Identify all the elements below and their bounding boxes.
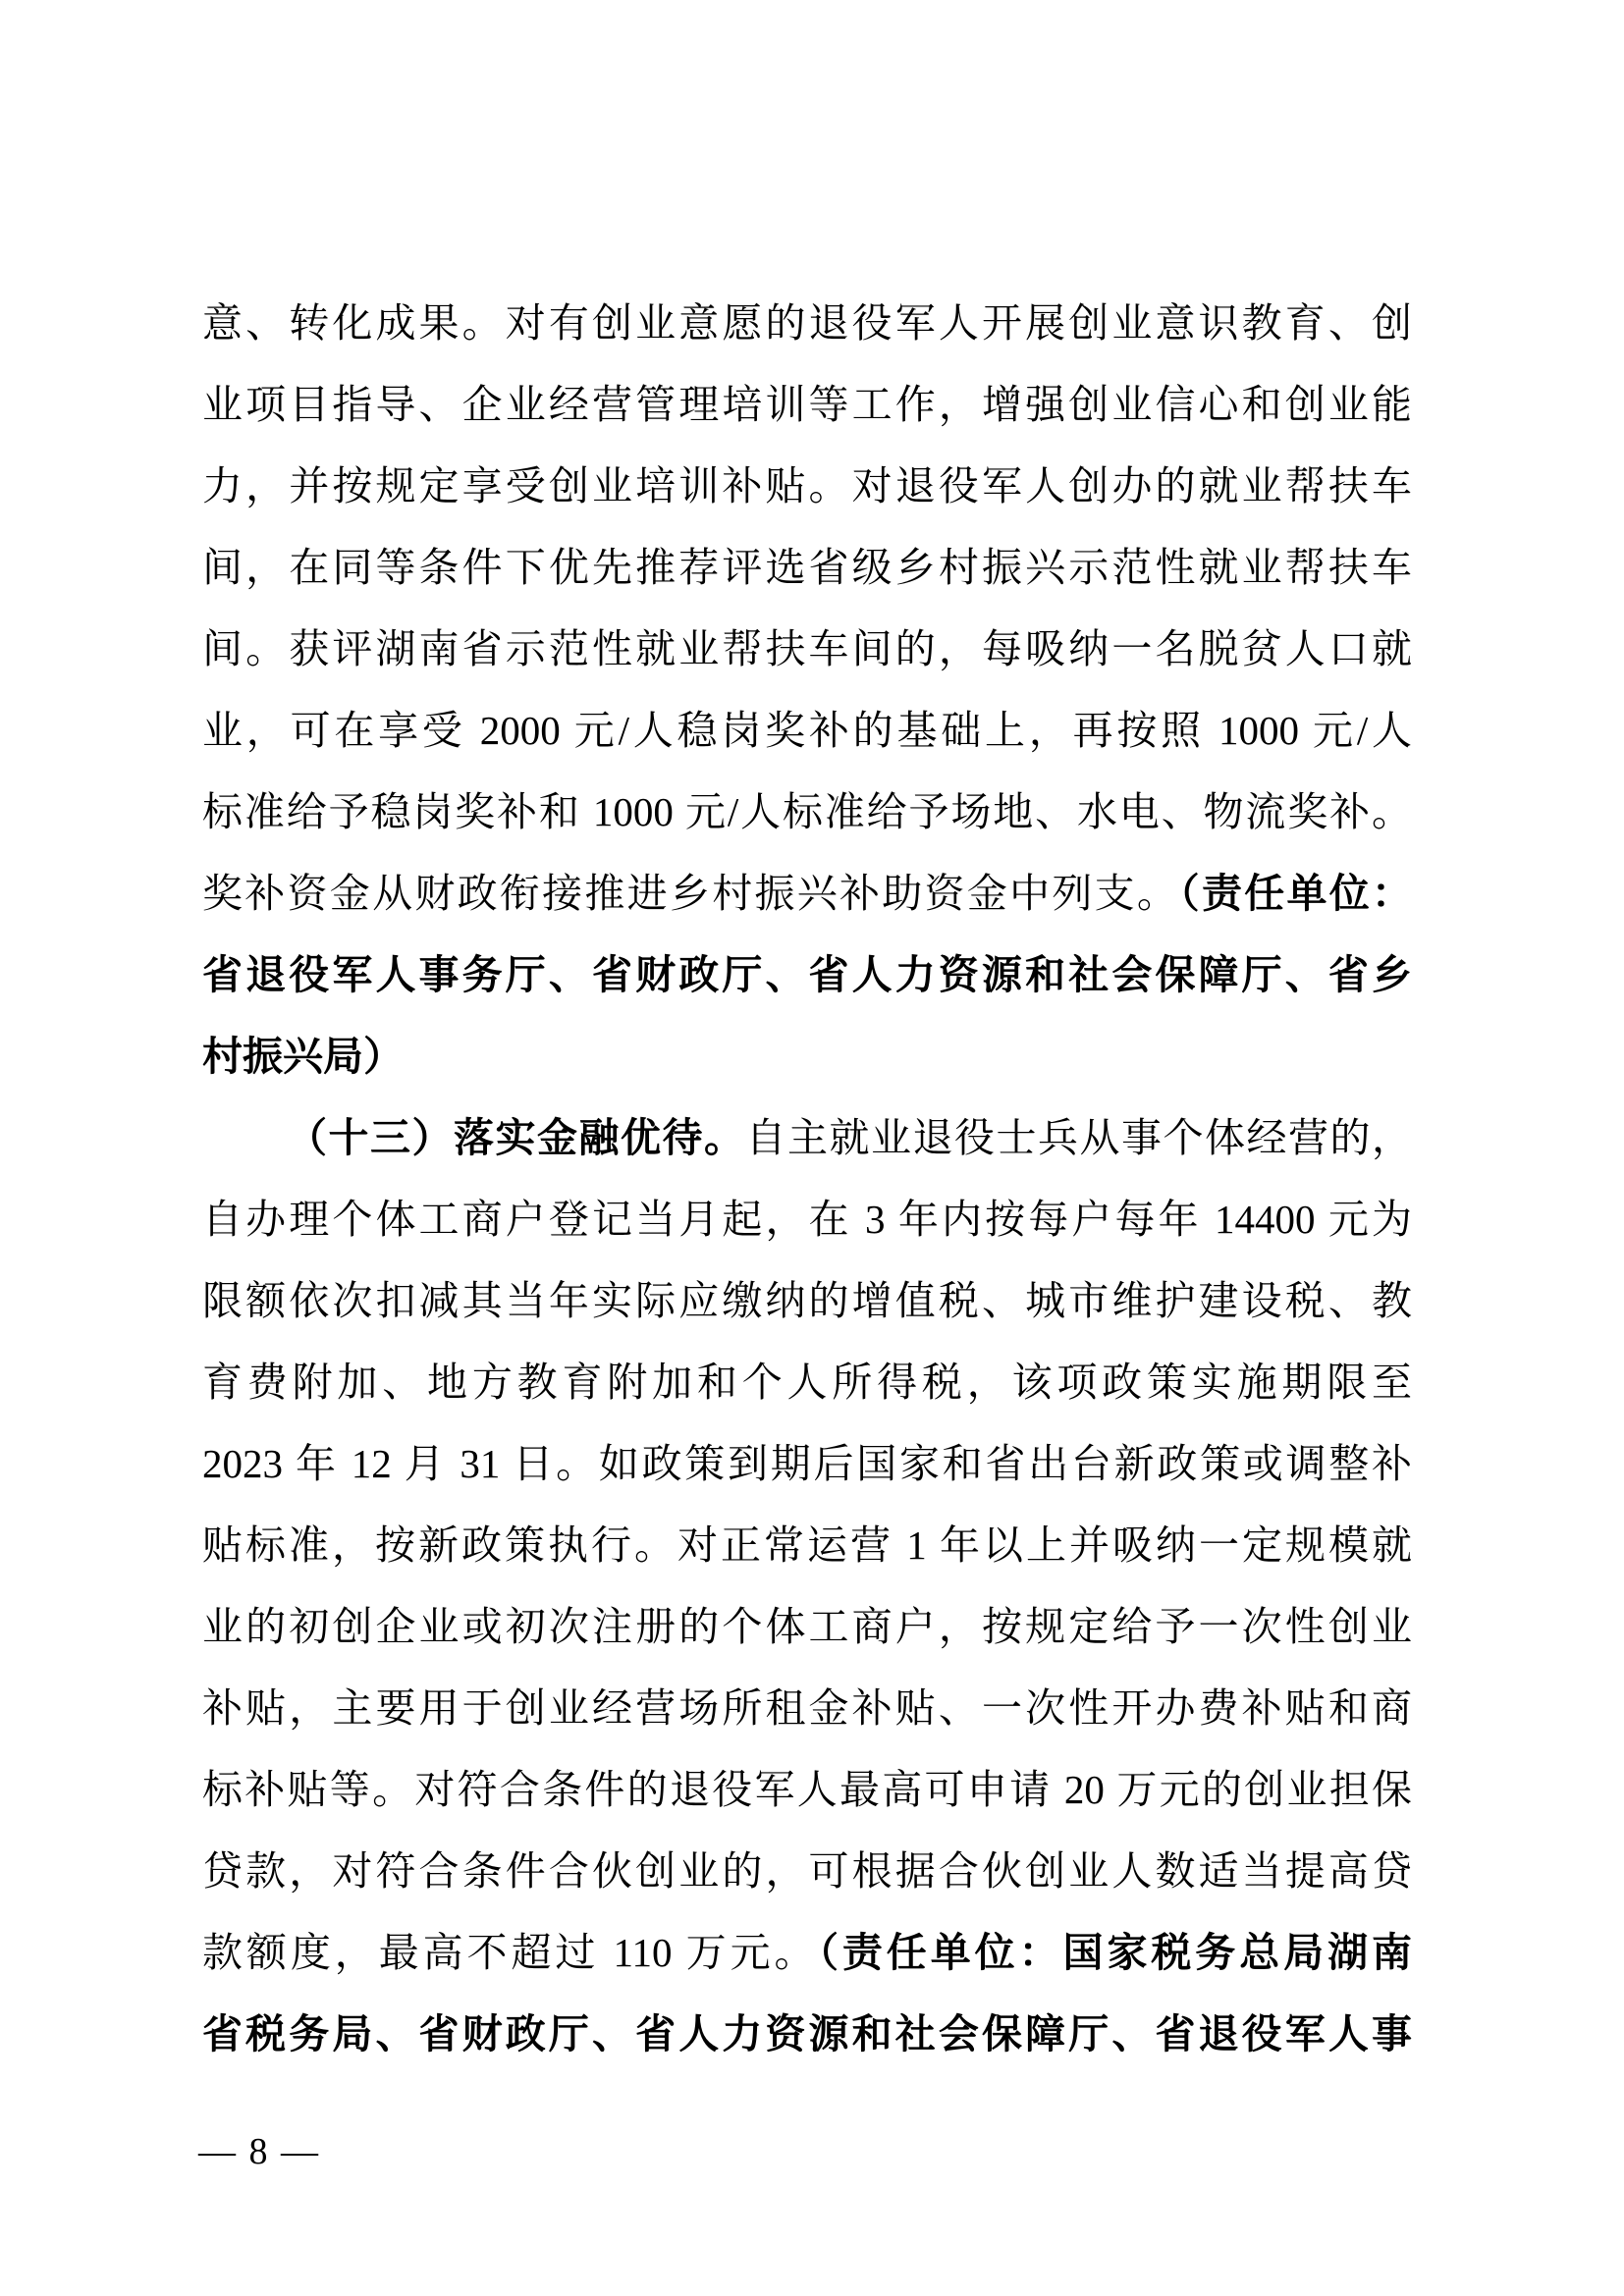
text-line: 款额度，最高不超过 110 万元。（责任单位：国家税务总局湖南 — [202, 1912, 1412, 1994]
text-segment: 间。获评湖南省示范性就业帮扶车间的，每吸纳一名脱贫人口就 — [202, 626, 1412, 671]
text-line: 标补贴等。对符合条件的退役军人最高可申请 20 万元的创业担保 — [202, 1749, 1412, 1831]
text-segment: 贴标准，按新政策执行。对正常运营 1 年以上并吸纳一定规模就 — [202, 1522, 1412, 1568]
text-line: （十三）落实金融优待。自主就业退役士兵从事个体经营的， — [202, 1097, 1412, 1179]
text-segment: 自主就业退役士兵从事个体经营的， — [746, 1115, 1413, 1160]
text-segment: 自办理个体工商户登记当月起，在 3 年内按每户每年 14400 元为 — [202, 1197, 1412, 1242]
text-segment: 标准给予稳岗奖补和 1000 元/人标准给予场地、水电、物流奖补。 — [202, 789, 1412, 834]
page-number: — 8 — — [198, 2128, 320, 2175]
text-segment: 限额依次扣减其当年实际应缴纳的增值税、城市维护建设税、教 — [202, 1278, 1412, 1323]
text-segment: 标补贴等。对符合条件的退役军人最高可申请 20 万元的创业担保 — [202, 1767, 1412, 1812]
document-page: 意、转化成果。对有创业意愿的退役军人开展创业意识教育、创业项目指导、企业经营管理… — [0, 0, 1624, 2296]
text-line: 业项目指导、企业经营管理培训等工作，增强创业信心和创业能 — [202, 364, 1412, 446]
text-segment: 业的初创企业或初次注册的个体工商户，按规定给予一次性创业 — [202, 1604, 1412, 1649]
text-line: 间，在同等条件下优先推荐评选省级乡村振兴示范性就业帮扶车 — [202, 527, 1412, 609]
text-line: 业的初创企业或初次注册的个体工商户，按规定给予一次性创业 — [202, 1586, 1412, 1668]
text-line: 限额依次扣减其当年实际应缴纳的增值税、城市维护建设税、教 — [202, 1260, 1412, 1342]
bold-text-segment: （责任单位：国家税务总局湖南 — [818, 1930, 1412, 1975]
text-line: 省税务局、省财政厅、省人力资源和社会保障厅、省退役军人事 — [202, 1994, 1412, 2075]
text-line: 省退役军人事务厅、省财政厅、省人力资源和社会保障厅、省乡 — [202, 934, 1412, 1016]
text-segment: 补贴，主要用于创业经营场所租金补贴、一次性开办费补贴和商 — [202, 1685, 1412, 1731]
text-line: 育费附加、地方教育附加和个人所得税，该项政策实施期限至 — [202, 1342, 1412, 1423]
text-segment: 奖补资金从财政衔接推进乡村振兴补助资金中列支。 — [202, 871, 1179, 916]
text-line: 标准给予稳岗奖补和 1000 元/人标准给予场地、水电、物流奖补。 — [202, 772, 1412, 853]
bold-text-segment: 村振兴局） — [202, 1034, 404, 1079]
text-segment: 款额度，最高不超过 110 万元。 — [202, 1930, 818, 1975]
bold-text-segment: 省退役军人事务厅、省财政厅、省人力资源和社会保障厅、省乡 — [202, 952, 1412, 997]
text-line: 自办理个体工商户登记当月起，在 3 年内按每户每年 14400 元为 — [202, 1179, 1412, 1260]
text-body: 意、转化成果。对有创业意愿的退役军人开展创业意识教育、创业项目指导、企业经营管理… — [202, 283, 1412, 2075]
text-segment: 贷款，对符合条件合伙创业的，可根据合伙创业人数适当提高贷 — [202, 1848, 1412, 1894]
text-line: 补贴，主要用于创业经营场所租金补贴、一次性开办费补贴和商 — [202, 1668, 1412, 1749]
text-line: 奖补资金从财政衔接推进乡村振兴补助资金中列支。（责任单位： — [202, 853, 1412, 934]
text-segment: 力，并按规定享受创业培训补贴。对退役军人创办的就业帮扶车 — [202, 463, 1412, 508]
text-line: 2023 年 12 月 31 日。如政策到期后国家和省出台新政策或调整补 — [202, 1423, 1412, 1505]
bold-text-segment: （责任单位： — [1179, 871, 1412, 916]
text-line: 间。获评湖南省示范性就业帮扶车间的，每吸纳一名脱贫人口就 — [202, 609, 1412, 690]
bold-text-segment: （十三）落实金融优待。 — [287, 1115, 746, 1160]
text-segment: 育费附加、地方教育附加和个人所得税，该项政策实施期限至 — [202, 1360, 1412, 1405]
text-segment: 意、转化成果。对有创业意愿的退役军人开展创业意识教育、创 — [202, 300, 1412, 346]
text-segment: 间，在同等条件下优先推荐评选省级乡村振兴示范性就业帮扶车 — [202, 545, 1412, 590]
text-segment: 业，可在享受 2000 元/人稳岗奖补的基础上，再按照 1000 元/人 — [202, 708, 1412, 753]
text-line: 贴标准，按新政策执行。对正常运营 1 年以上并吸纳一定规模就 — [202, 1505, 1412, 1586]
text-line: 意、转化成果。对有创业意愿的退役军人开展创业意识教育、创 — [202, 283, 1412, 364]
text-line: 业，可在享受 2000 元/人稳岗奖补的基础上，再按照 1000 元/人 — [202, 690, 1412, 772]
text-line: 贷款，对符合条件合伙创业的，可根据合伙创业人数适当提高贷 — [202, 1831, 1412, 1912]
bold-text-segment: 省税务局、省财政厅、省人力资源和社会保障厅、省退役军人事 — [202, 2011, 1412, 2056]
text-segment: 业项目指导、企业经营管理培训等工作，增强创业信心和创业能 — [202, 382, 1412, 427]
text-segment: 2023 年 12 月 31 日。如政策到期后国家和省出台新政策或调整补 — [202, 1441, 1412, 1486]
text-line: 力，并按规定享受创业培训补贴。对退役军人创办的就业帮扶车 — [202, 446, 1412, 527]
text-line: 村振兴局） — [202, 1016, 1412, 1097]
